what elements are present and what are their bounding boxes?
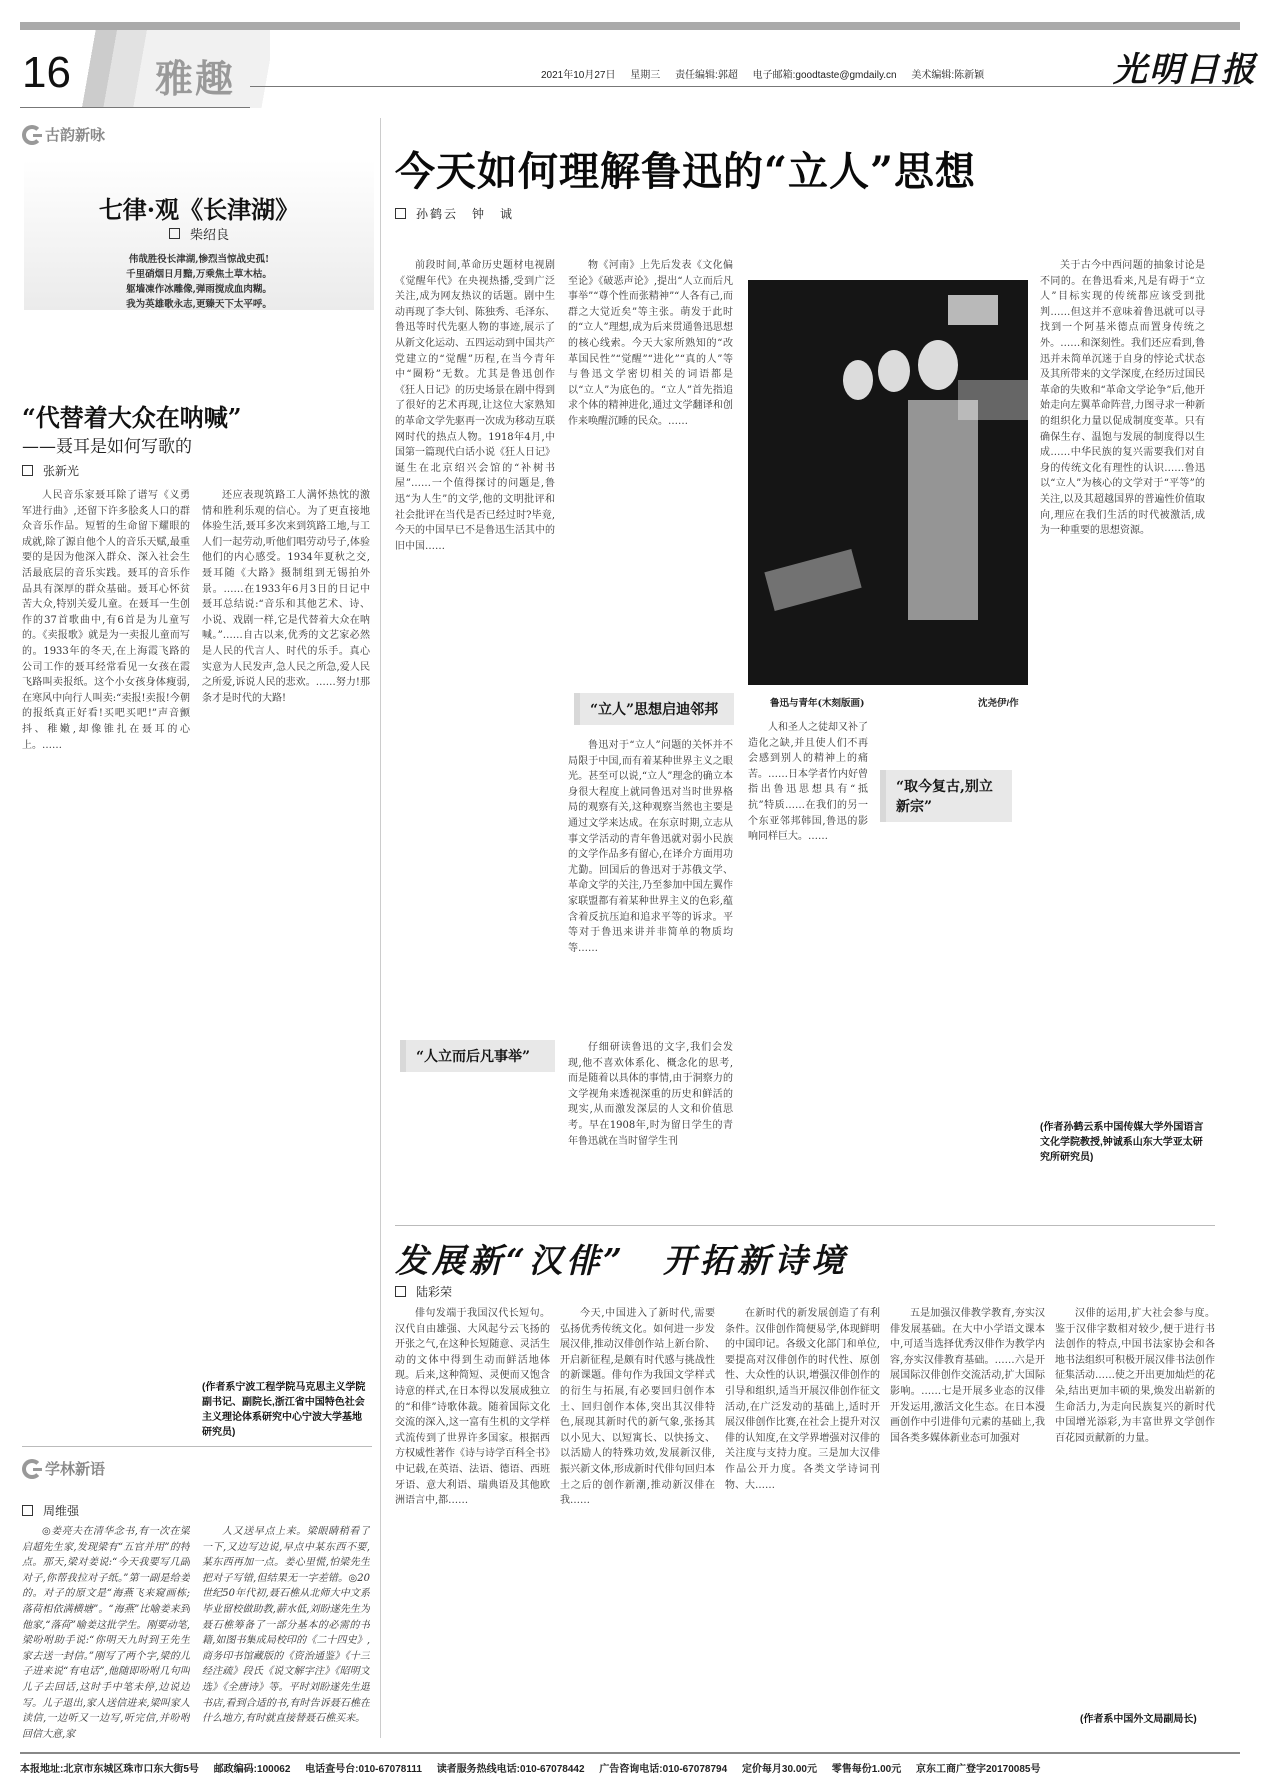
footer-address: 本报地址:北京市东城区珠市口东大街5号 bbox=[20, 1764, 199, 1775]
article-body-nie-col1: 人民音乐家聂耳除了谱写《义勇军进行曲》,还留下许多脍炙人口的群众音乐作品。短暂的… bbox=[22, 488, 190, 1378]
article-subtitle-nie: ——聂耳是如何写歌的 bbox=[22, 432, 192, 457]
image-caption: 鲁迅与青年(木刻版画) bbox=[770, 695, 865, 709]
article-body-luxun-col1b: 仔细研读鲁迅的文字,我们会发现,他不喜欢体系化、概念化的思考,而是随着以具体的事… bbox=[568, 1040, 733, 1200]
editor: 责任编辑:郭超 bbox=[675, 70, 738, 81]
footer-retail-price: 零售每份1.00元 bbox=[832, 1764, 901, 1775]
footer-rule bbox=[20, 1752, 1240, 1754]
haiku-body-col3: 在新时代的新发展创造了有利条件。汉俳创作简便易学,体现鲜明的中国印记。各级文化部… bbox=[725, 1306, 880, 1736]
footer-monthly-price: 定价每月30.00元 bbox=[742, 1764, 817, 1775]
haiku-body-col2: 今天,中国进入了新时代,需要弘扬优秀传统文化。如何进一步发展汉俳,推动汉俳创作站… bbox=[560, 1306, 715, 1736]
byline-luxun: 孙鹤云 钟 诚 bbox=[395, 205, 514, 222]
footer-hotline: 读者服务热线电话:010-67078442 bbox=[437, 1764, 585, 1775]
weekday: 星期三 bbox=[630, 70, 660, 81]
article-body-luxun-col2: 物《河南》上先后发表《文化偏至论》《破恶声论》,提出“人立而后凡事举”“尊个性而… bbox=[568, 258, 733, 683]
page-number: 16 bbox=[22, 48, 71, 98]
column-label-text: 古韵新咏 bbox=[45, 124, 105, 145]
header-rule-left bbox=[20, 107, 250, 108]
column-label-text: 学林新语 bbox=[45, 1458, 105, 1479]
header-meta: 2021年10月27日 星期三 责任编辑:郭超 电子邮箱:goodtaste@g… bbox=[541, 66, 996, 81]
g-logo-icon bbox=[22, 125, 42, 145]
poem-author: 柴绍良 bbox=[24, 224, 374, 243]
section-title: 雅趣 bbox=[155, 48, 235, 103]
header-top-bar bbox=[20, 22, 1240, 30]
email[interactable]: 电子邮箱:goodtaste@gmdaily.cn bbox=[753, 70, 897, 81]
divider bbox=[22, 1446, 372, 1447]
subhead-neighbors: “立人”思想启迪邻邦 bbox=[574, 693, 734, 725]
article-body-luxun-col1: 前段时间,革命历史题材电视剧《觉醒年代》在央视热播,受到广泛关注,成为网友热议的… bbox=[395, 258, 555, 1158]
footer-directory: 电话查号台:010-67078111 bbox=[305, 1764, 422, 1775]
byline-nie: 张新光 bbox=[22, 462, 79, 479]
article-body-luxun-col4: 关于古今中西问题的抽象讨论是不同的。在鲁迅看来,凡是有碍于“立人”目标实现的传统… bbox=[1040, 258, 1205, 1108]
masthead-logo: 光明日报 bbox=[1113, 42, 1257, 91]
divider bbox=[395, 1225, 1215, 1226]
author-note-haiku: (作者系中国外文局副局长) bbox=[1080, 1712, 1197, 1727]
poem-box: 七律·观《长津湖》 柴绍良 伟哉胜役长津湖,惨烈当惊战史孤! 千里硝烟日月黯,万… bbox=[24, 160, 374, 310]
byline-haiku: 陆彩荣 bbox=[395, 1283, 452, 1300]
scholar-body-col1: ◎姜亮夫在清华念书,有一次在梁启超先生家,发现梁有“五官并用”的特点。那天,梁对… bbox=[22, 1524, 190, 1739]
footer: 本报地址:北京市东城区珠市口东大街5号 邮政编码:100062 电话查号台:01… bbox=[20, 1760, 1053, 1775]
footer-ads: 广告咨询电话:010-67078794 bbox=[599, 1764, 727, 1775]
scholar-body-col2: 人又送早点上来。梁眼睛稍看了一下,又边写边说,早点中某东西不要,某东西再加一点。… bbox=[202, 1524, 370, 1739]
haiku-body-col4: 五是加强汉俳教学教育,夯实汉俳发展基础。在大中小学语文课本中,可适当选择优秀汉俳… bbox=[890, 1306, 1045, 1736]
author-note-luxun: (作者孙鹤云系中国传媒大学外国语言文化学院教授,钟诚系山东大学亚太研究所研究员) bbox=[1040, 1120, 1205, 1165]
g-logo-icon bbox=[22, 1459, 42, 1479]
article-body-luxun-col2b: 鲁迅对于“立人”问题的关怀并不局限于中国,而有着某种世界主义之眼光。甚至可以说,… bbox=[568, 738, 733, 1028]
author-note-nie: (作者系宁波工程学院马克思主义学院副书记、副院长,浙江省中国特色社会主义理论体系… bbox=[202, 1380, 370, 1440]
issue-date: 2021年10月27日 bbox=[541, 70, 616, 81]
art-editor: 美术编辑:陈新颖 bbox=[911, 70, 984, 81]
poem-title: 七律·观《长津湖》 bbox=[24, 190, 374, 225]
woodcut-illustration bbox=[748, 280, 1028, 685]
article-body-nie-col2: 还应表现筑路工人满怀热忱的激情和胜利乐观的信心。为了更直接地体验生活,聂耳多次来… bbox=[202, 488, 370, 1318]
article-body-luxun-col3: 人和圣人之徒却又补了造化之缺,并且使人们不再会感到别人的精神上的痛苦。……日本学… bbox=[748, 720, 868, 1190]
subhead-new-school: “取今复古,别立新宗” bbox=[880, 770, 1012, 822]
article-title-nie: “代替着大众在呐喊” bbox=[22, 398, 242, 433]
haiku-body-col1: 俳句发端于我国汉代长短句。汉代自由雄强、大风起兮云飞扬的开张之气,在这种长短随意… bbox=[395, 1306, 550, 1736]
column-divider bbox=[380, 118, 381, 1738]
poem-lines: 伟哉胜役长津湖,惨烈当惊战史孤! 千里硝烟日月黯,万乘焦土草木枯。 躯墙凍作冰雕… bbox=[24, 252, 374, 312]
image-credit: 沈尧伊/作 bbox=[978, 695, 1019, 709]
header-rule bbox=[250, 86, 1240, 87]
article-title-luxun: 今天如何理解鲁迅的“立人”思想 bbox=[395, 140, 976, 197]
article-title-haiku: 发展新“汉俳” 开拓新诗境 bbox=[395, 1235, 848, 1282]
byline-scholar: 周维强 bbox=[22, 1502, 79, 1519]
column-label-poetry: 古韵新咏 bbox=[22, 124, 105, 145]
footer-license: 京东工商广登字20170085号 bbox=[916, 1764, 1041, 1775]
footer-postcode: 邮政编码:100062 bbox=[214, 1764, 291, 1775]
column-label-scholar: 学林新语 bbox=[22, 1458, 105, 1479]
subhead-ren-li: “人立而后凡事举” bbox=[400, 1040, 555, 1072]
haiku-body-col5: 汉俳的运用,扩大社会参与度。鉴于汉俳字数相对较少,便于进行书法创作的特点,中国书… bbox=[1055, 1306, 1215, 1706]
